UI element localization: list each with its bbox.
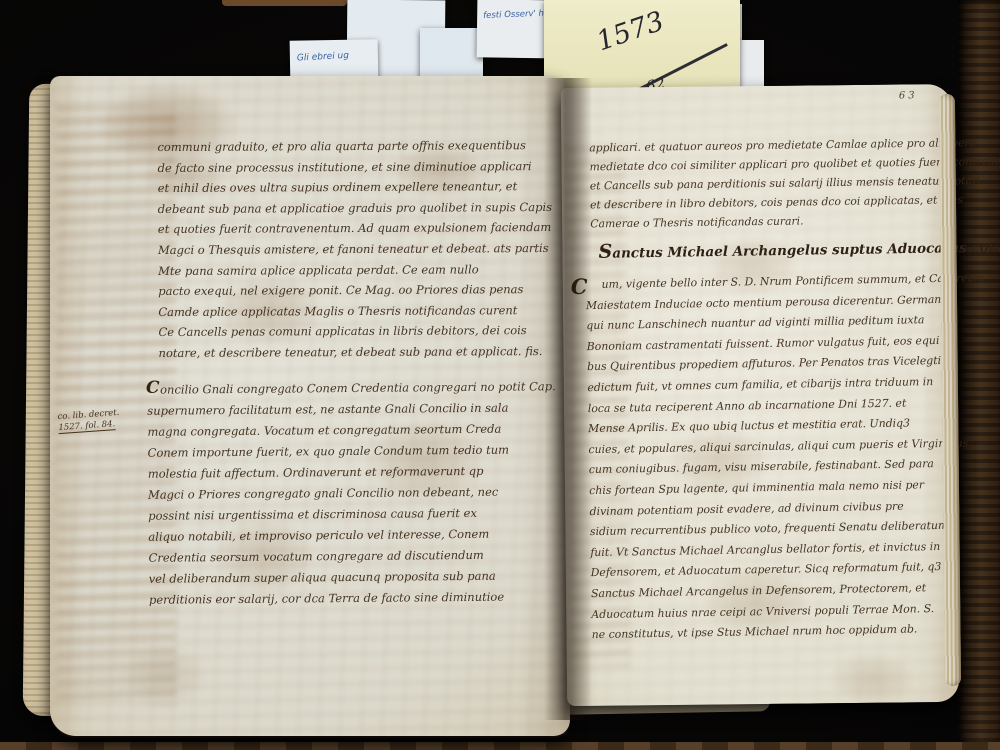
bookmark-note-text: Gli ebrei ug — [297, 51, 350, 64]
text-line: Mte pana samira aplice applicata perdat.… — [158, 259, 558, 282]
wood-table-edge-bottom — [0, 742, 1000, 750]
book-gutter-shadow — [544, 78, 592, 720]
bookmark-note-text: festi Osserv' h — [483, 9, 544, 21]
folio-number: 63 — [899, 90, 918, 101]
text-line: debeant sub pana et applicatioe graduis … — [158, 197, 558, 220]
text-line: perditionis eor salarij, cor dca Terra d… — [149, 586, 555, 611]
page-stain — [817, 644, 928, 715]
margin-note: co. lib. decret. 1527. fol. 84. — [57, 408, 120, 434]
text-line: Magci o Priores congregato gnali Concili… — [148, 481, 554, 506]
manuscript-paragraph: applicari. et quatuor aureos pro medieta… — [589, 133, 964, 233]
text-line: Magci o Thesquis amistere, et fanoni ten… — [158, 238, 558, 261]
text-line: communi graduito, et pro alia quarta par… — [157, 135, 557, 158]
heading-initial: S — [598, 241, 612, 263]
manuscript-photo: Gli ebrei ug festi Osserv' h 1573 62 co.… — [0, 0, 1000, 750]
text-line: pacto exequi, nel exigere ponit. Ce Mag.… — [158, 279, 558, 302]
text-line: Conem importune fuerit, ex quo gnale Con… — [148, 439, 554, 464]
year-label: 1573 — [593, 6, 668, 58]
wood-table-edge-top — [222, 0, 347, 6]
left-page: co. lib. decret. 1527. fol. 84. communi … — [50, 76, 570, 736]
text-line: notare, et describere teneatur, et debea… — [158, 341, 558, 364]
manuscript-paragraph: um, vigente bello inter S. D. Nrum Ponti… — [585, 269, 969, 646]
page-stain — [110, 636, 220, 716]
manuscript-paragraph: communi graduito, et pro alia quarta par… — [157, 135, 558, 364]
right-page: 63 applicari. et quatuor aureos pro medi… — [561, 84, 959, 706]
text-line: de facto sine processus institutione, et… — [158, 156, 558, 179]
manuscript-paragraph: oncilio Gnali congregato Conem Credentia… — [147, 376, 555, 611]
bookmark-slip — [738, 40, 764, 90]
text-line: Ce Cancells penas comuni applicatas in l… — [158, 320, 558, 343]
text-line: Camde aplice applicatas Maglis o Thesris… — [158, 300, 558, 323]
text-line: et nihil dies oves ultra supius ordinem … — [158, 176, 558, 199]
text-line: et quoties fuerit contravenentum. Ad qua… — [158, 217, 558, 240]
